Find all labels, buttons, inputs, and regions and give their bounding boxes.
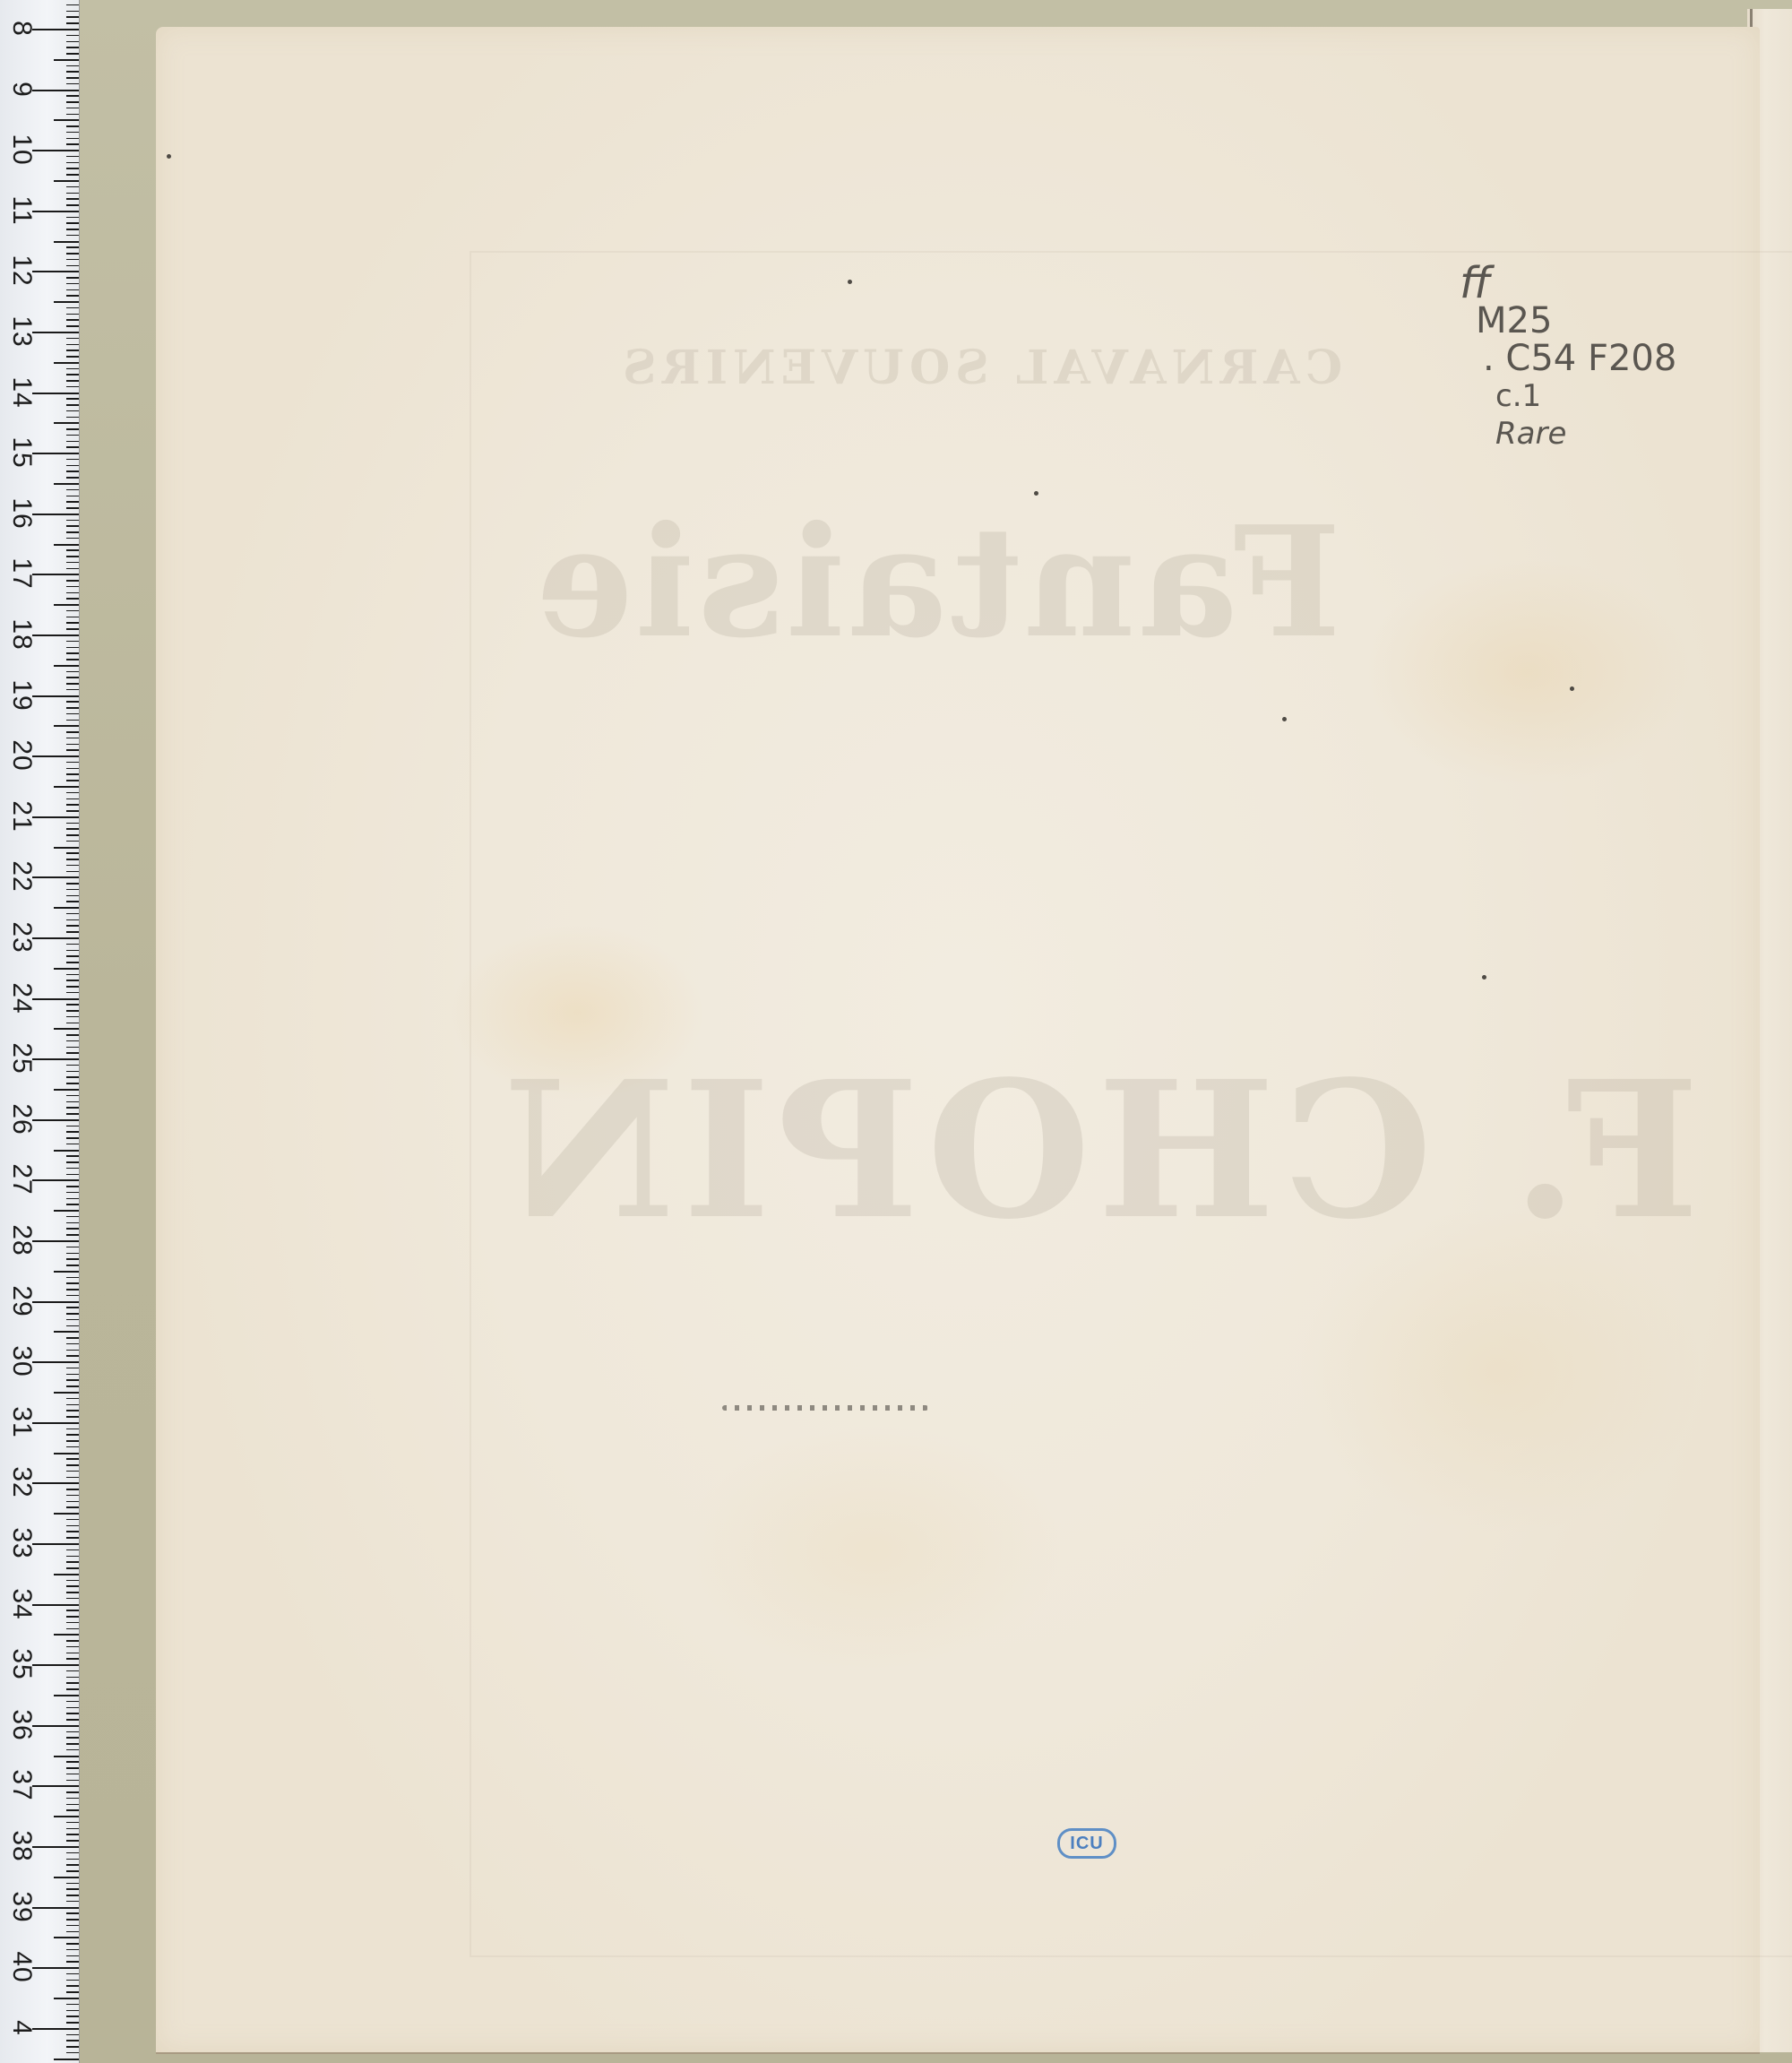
ruler-tick (66, 470, 79, 472)
ruler-tick (66, 992, 79, 994)
ruler-tick (66, 1501, 79, 1503)
ruler-tick (66, 1640, 79, 1642)
ruler-tick (66, 1737, 79, 1739)
ruler-tick (66, 549, 79, 551)
ruler-tick (54, 907, 79, 909)
ruler-tick (66, 2004, 79, 2006)
ruler-label: 23 (4, 919, 39, 955)
ruler-tick (66, 477, 79, 479)
ruler-tick (54, 362, 79, 364)
ruler-tick (54, 1937, 79, 1938)
ruler-tick (66, 889, 79, 891)
ruler-tick (66, 1464, 79, 1466)
ruler-tick (66, 1350, 79, 1351)
ruler-tick (66, 580, 79, 582)
ruler-label: 22 (4, 859, 39, 894)
ruler-tick (66, 1616, 79, 1618)
ruler-tick (66, 314, 79, 315)
ruler-tick (66, 1798, 79, 1800)
ruler-tick (66, 1337, 79, 1339)
ruler-tick (66, 1307, 79, 1308)
speck (1570, 686, 1574, 691)
ruler-label: 11 (4, 193, 39, 229)
ruler-tick (66, 1852, 79, 1854)
ruler-tick (66, 441, 79, 443)
ruler-label: 27 (4, 1161, 39, 1197)
ruler-tick (54, 1028, 79, 1030)
ruler-tick (66, 1870, 79, 1872)
library-stamp: ICU (1057, 1828, 1116, 1859)
ruler-tick (66, 2010, 79, 2012)
ruler-tick (66, 1658, 79, 1660)
ruler-tick (66, 768, 79, 770)
ruler-label: 21 (4, 798, 39, 834)
ruler-tick (66, 156, 79, 158)
ruler-tick (66, 1895, 79, 1896)
ruler-tick (66, 1495, 79, 1497)
ruler-tick (54, 119, 79, 121)
ruler-tick (66, 108, 79, 109)
ruler-tick (66, 1961, 79, 1963)
ruler-tick (66, 1840, 79, 1842)
ruler-tick (66, 65, 79, 67)
ruler-tick (66, 810, 79, 812)
ruler-tick (66, 1585, 79, 1587)
ruler-tick (66, 1653, 79, 1654)
ruler-tick (66, 1567, 79, 1569)
handwritten-call-number: ff M25 . C54 F208 c.1 Rare (1460, 264, 1676, 453)
ruler-label: 40 (4, 1949, 39, 1985)
ruler-tick (66, 1355, 79, 1357)
ruler-tick (66, 1076, 79, 1078)
ruler-tick (66, 1416, 79, 1418)
ruler-tick (66, 325, 79, 327)
ruler-tick (54, 847, 79, 849)
ruler-tick (66, 162, 79, 164)
ruler-label: 14 (4, 375, 39, 410)
ruler-tick (54, 59, 79, 61)
ruler-tick (66, 1253, 79, 1255)
ruler-label: 39 (4, 1889, 39, 1925)
ruler-tick (66, 2046, 79, 2048)
ruler-tick (66, 1859, 79, 1860)
ruler-tick (66, 834, 79, 836)
ruler-tick (66, 168, 79, 169)
ruler-tick (54, 968, 79, 970)
ruler-tick (66, 780, 79, 781)
ruler-tick (66, 41, 79, 43)
ruler-tick (66, 1113, 79, 1115)
ruler-tick (54, 1453, 79, 1454)
ruler-tick (54, 2059, 79, 2060)
ruler-tick (66, 174, 79, 176)
show-through-frame (470, 251, 1792, 1957)
ruler-tick (66, 955, 79, 957)
ruler-tick (66, 1023, 79, 1024)
ruler-tick (66, 1319, 79, 1321)
ruler-tick (66, 204, 79, 206)
ruler-tick (66, 1943, 79, 1945)
ruler-tick (66, 101, 79, 103)
ruler-tick (66, 641, 79, 643)
ruler-tick (66, 1095, 79, 1097)
ruler-label: 37 (4, 1767, 39, 1803)
ruler-tick (66, 1688, 79, 1690)
ruler-tick (66, 913, 79, 915)
ruler-tick (66, 1144, 79, 1145)
ruler-tick (66, 713, 79, 715)
ruler-tick (66, 986, 79, 988)
ruler-tick (66, 1610, 79, 1611)
ruler-tick (66, 531, 79, 533)
ruler-label: 36 (4, 1707, 39, 1743)
ruler-tick (66, 1186, 79, 1187)
ruler-tick (66, 1016, 79, 1018)
ruler-tick (66, 925, 79, 927)
measurement-ruler: 8910111213141516171819202122232425262728… (0, 0, 80, 2063)
ruler-tick (66, 738, 79, 739)
ruler-tick (66, 1864, 79, 1866)
call-number-line: ff (1460, 264, 1676, 302)
ruler-tick (66, 671, 79, 673)
ruler-tick (66, 1719, 79, 1721)
ruler-label: 18 (4, 617, 39, 652)
ruler-tick (66, 1628, 79, 1630)
ruler-tick (66, 1247, 79, 1248)
ruler-tick (66, 1155, 79, 1157)
ruler-tick (66, 562, 79, 564)
ruler-tick (66, 1234, 79, 1236)
ruler-tick (66, 338, 79, 340)
ruler-tick (66, 1883, 79, 1885)
ruler-tick (66, 1925, 79, 1927)
ruler-tick (66, 229, 79, 230)
ruler-tick (66, 798, 79, 800)
ruler-tick (66, 35, 79, 37)
ruler-tick (66, 1282, 79, 1284)
ruler-tick (66, 1949, 79, 1951)
ruler-tick (66, 1313, 79, 1315)
ruler-tick (66, 701, 79, 703)
ruler-tick (66, 1701, 79, 1703)
ruler-tick (66, 1192, 79, 1194)
ruler-tick (66, 1137, 79, 1139)
ruler-tick (66, 1912, 79, 1914)
ruler-tick (66, 1598, 79, 1600)
ruler-tick (66, 77, 79, 79)
ruler-tick (66, 1161, 79, 1163)
ruler-tick (66, 1228, 79, 1230)
ruler-tick (66, 1622, 79, 1624)
ruler-tick (66, 919, 79, 921)
ruler-label: 30 (4, 1343, 39, 1379)
ruler-tick (66, 1834, 79, 1835)
ruler-tick (54, 301, 79, 303)
ruler-tick (54, 1695, 79, 1696)
ruler-tick (66, 792, 79, 794)
ruler-tick (66, 265, 79, 267)
ruler-tick (66, 398, 79, 400)
ruler-tick (66, 931, 79, 933)
speck (1482, 975, 1486, 980)
ruler-tick (66, 944, 79, 945)
ruler-tick (66, 1325, 79, 1327)
ruler-tick (66, 1677, 79, 1679)
ruler-tick (66, 1216, 79, 1218)
ruler-tick (54, 786, 79, 788)
ruler-tick (66, 1174, 79, 1176)
ruler-tick (66, 1919, 79, 1921)
ruler-tick (66, 974, 79, 976)
ruler-tick (66, 895, 79, 897)
ruler-tick (66, 1506, 79, 1508)
ruler-tick (66, 1404, 79, 1406)
ruler-tick (66, 380, 79, 382)
ruler-tick (66, 610, 79, 612)
ruler-label: 10 (4, 132, 39, 168)
ruler-tick (66, 1277, 79, 1279)
ruler-tick (66, 1410, 79, 1411)
ruler-tick (66, 538, 79, 539)
ruler-tick (66, 344, 79, 346)
ruler-tick (66, 1379, 79, 1381)
ruler-tick (66, 465, 79, 467)
ruler-tick (66, 138, 79, 140)
ruler-tick (66, 489, 79, 491)
ruler-tick (66, 2052, 79, 2054)
ruler-tick (66, 1289, 79, 1290)
ruler-tick (54, 1877, 79, 1878)
ruler-label: 19 (4, 678, 39, 713)
ruler-label: 32 (4, 1464, 39, 1500)
ruler-tick (66, 1985, 79, 1987)
ruler-tick (66, 1955, 79, 1957)
ruler-tick (66, 1440, 79, 1442)
ruler-label: 4 (4, 2010, 39, 2046)
document-page: CARNAVAL SOUVENIRS Fantaisie F. CHOPIN f… (156, 27, 1760, 2052)
ruler-tick (66, 1368, 79, 1369)
ruler-tick (66, 404, 79, 406)
ruler-tick (66, 1071, 79, 1073)
ruler-label: 31 (4, 1404, 39, 1440)
ruler-tick (66, 1265, 79, 1266)
ruler-tick (66, 520, 79, 522)
ruler-tick (66, 507, 79, 509)
ruler-tick (54, 665, 79, 667)
ruler-tick (66, 1343, 79, 1345)
ruler-tick (66, 865, 79, 867)
ruler-tick (66, 1713, 79, 1714)
ruler-tick (66, 428, 79, 430)
ruler-tick (54, 1756, 79, 1757)
ruler-tick (66, 689, 79, 691)
ruler-tick (66, 253, 79, 255)
ruler-tick (66, 1991, 79, 1993)
ruler-tick (66, 1168, 79, 1170)
ruler-tick (66, 598, 79, 600)
ruler-label: 29 (4, 1283, 39, 1319)
ruler-tick (66, 859, 79, 860)
ruler-tick (54, 1998, 79, 1999)
ruler-tick (66, 1767, 79, 1769)
ruler-tick (66, 2034, 79, 2036)
ruler-tick (66, 259, 79, 261)
ruler-tick (66, 1010, 79, 1012)
ruler-tick (66, 198, 79, 200)
ruler-tick (66, 762, 79, 764)
ruler-tick (66, 307, 79, 309)
ruler-tick (66, 217, 79, 219)
ruler-tick (66, 1646, 79, 1648)
ruler-tick (54, 422, 79, 424)
ruler-tick (66, 586, 79, 588)
ruler-tick (66, 4, 79, 6)
ruler-tick (66, 707, 79, 709)
ruler-tick (66, 95, 79, 97)
ruler-tick (66, 1065, 79, 1066)
ruler-tick (66, 350, 79, 351)
ruler-tick (66, 804, 79, 806)
ruler-label: 33 (4, 1525, 39, 1561)
ruler-tick (66, 525, 79, 527)
ruler-tick (66, 417, 79, 419)
ruler-tick (66, 962, 79, 963)
ruler-tick (66, 852, 79, 854)
ruler-tick (54, 180, 79, 182)
ruler-tick (66, 828, 79, 830)
ruler-tick (66, 1131, 79, 1133)
ruler-tick (66, 901, 79, 902)
ruler-tick (66, 1525, 79, 1527)
ruler-tick (66, 114, 79, 116)
ruler-tick (66, 1804, 79, 1806)
ruler-tick (66, 1780, 79, 1782)
ruler-tick (66, 446, 79, 448)
ruler-tick (66, 2040, 79, 2041)
ruler-tick (66, 841, 79, 842)
ruler-tick (54, 1331, 79, 1333)
ruler-tick (54, 1089, 79, 1091)
ruler-label: 25 (4, 1040, 39, 1076)
ruler-tick (66, 652, 79, 654)
ruler-tick (66, 1549, 79, 1551)
ruler-tick (66, 1398, 79, 1400)
ruler-tick (66, 1580, 79, 1582)
ruler-tick (54, 725, 79, 727)
ruler-tick (54, 241, 79, 243)
speck (167, 154, 171, 159)
ruler-tick (54, 1271, 79, 1273)
ruler-tick (66, 386, 79, 388)
ruler-tick (66, 1980, 79, 1981)
ruler-tick (66, 1052, 79, 1054)
ruler-tick (66, 83, 79, 85)
ruler-tick (54, 1392, 79, 1394)
ruler-tick (66, 744, 79, 746)
ruler-tick (54, 1210, 79, 1212)
ruler-tick (66, 1561, 79, 1563)
ruler-tick (66, 374, 79, 375)
ruler-tick (66, 125, 79, 127)
ruler-tick (66, 871, 79, 873)
ruler-tick (66, 1204, 79, 1205)
ruler-tick (66, 47, 79, 48)
ruler-label: 34 (4, 1586, 39, 1622)
speck (848, 280, 852, 284)
ruler-tick (66, 1707, 79, 1709)
ruler-tick (54, 1513, 79, 1515)
ruler-tick (66, 647, 79, 649)
ruler-tick (66, 53, 79, 55)
ruler-tick (66, 1682, 79, 1684)
ruler-tick (66, 22, 79, 24)
ruler-tick (66, 1749, 79, 1751)
ruler-tick (66, 410, 79, 412)
ruler-tick (66, 16, 79, 18)
ruler-tick (66, 1761, 79, 1763)
ruler-tick (66, 496, 79, 497)
ruler-tick (66, 501, 79, 503)
ruler-tick (66, 622, 79, 624)
ruler-tick (66, 1731, 79, 1733)
ruler-tick (54, 604, 79, 606)
ruler-tick (66, 1198, 79, 1200)
ruler-tick (66, 568, 79, 570)
ruler-tick (54, 1150, 79, 1152)
ruler-tick (66, 1034, 79, 1036)
ruler-tick (66, 1429, 79, 1430)
ruler-tick (66, 283, 79, 285)
ruler-tick (66, 1083, 79, 1084)
ruler-tick (66, 295, 79, 297)
ruler-tick (66, 1434, 79, 1436)
ruler-tick (66, 1471, 79, 1472)
ruler-tick (66, 1774, 79, 1775)
ruler-tick (66, 435, 79, 436)
ruler-label: 35 (4, 1646, 39, 1682)
ruler-tick (66, 1888, 79, 1890)
ruler-tick (66, 289, 79, 291)
ruler-tick (66, 1295, 79, 1297)
ruler-tick (66, 1047, 79, 1049)
ruler-tick (66, 222, 79, 224)
ruler-tick (66, 617, 79, 618)
ruler-tick (66, 1592, 79, 1593)
ink-dots-mark (722, 1405, 928, 1411)
call-number-line: Rare (1460, 415, 1676, 453)
ruler-tick (66, 356, 79, 358)
ruler-tick (66, 731, 79, 733)
ruler-tick (66, 1670, 79, 1672)
ruler-tick (66, 1743, 79, 1745)
ruler-tick (66, 950, 79, 952)
ruler-tick (66, 1004, 79, 1006)
ruler-tick (66, 1537, 79, 1539)
ruler-tick (66, 1374, 79, 1376)
ruler-tick (66, 2016, 79, 2017)
ruler-tick (66, 1458, 79, 1460)
ruler-label: 38 (4, 1828, 39, 1864)
ruler-tick (54, 483, 79, 485)
ruler-label: 13 (4, 314, 39, 350)
ruler-label: 24 (4, 980, 39, 1016)
ruler-tick (66, 1222, 79, 1224)
ruler-tick (66, 132, 79, 134)
ruler-tick (66, 1519, 79, 1521)
ruler-label: 20 (4, 738, 39, 773)
ruler-tick (66, 556, 79, 557)
ruler-tick (54, 544, 79, 546)
